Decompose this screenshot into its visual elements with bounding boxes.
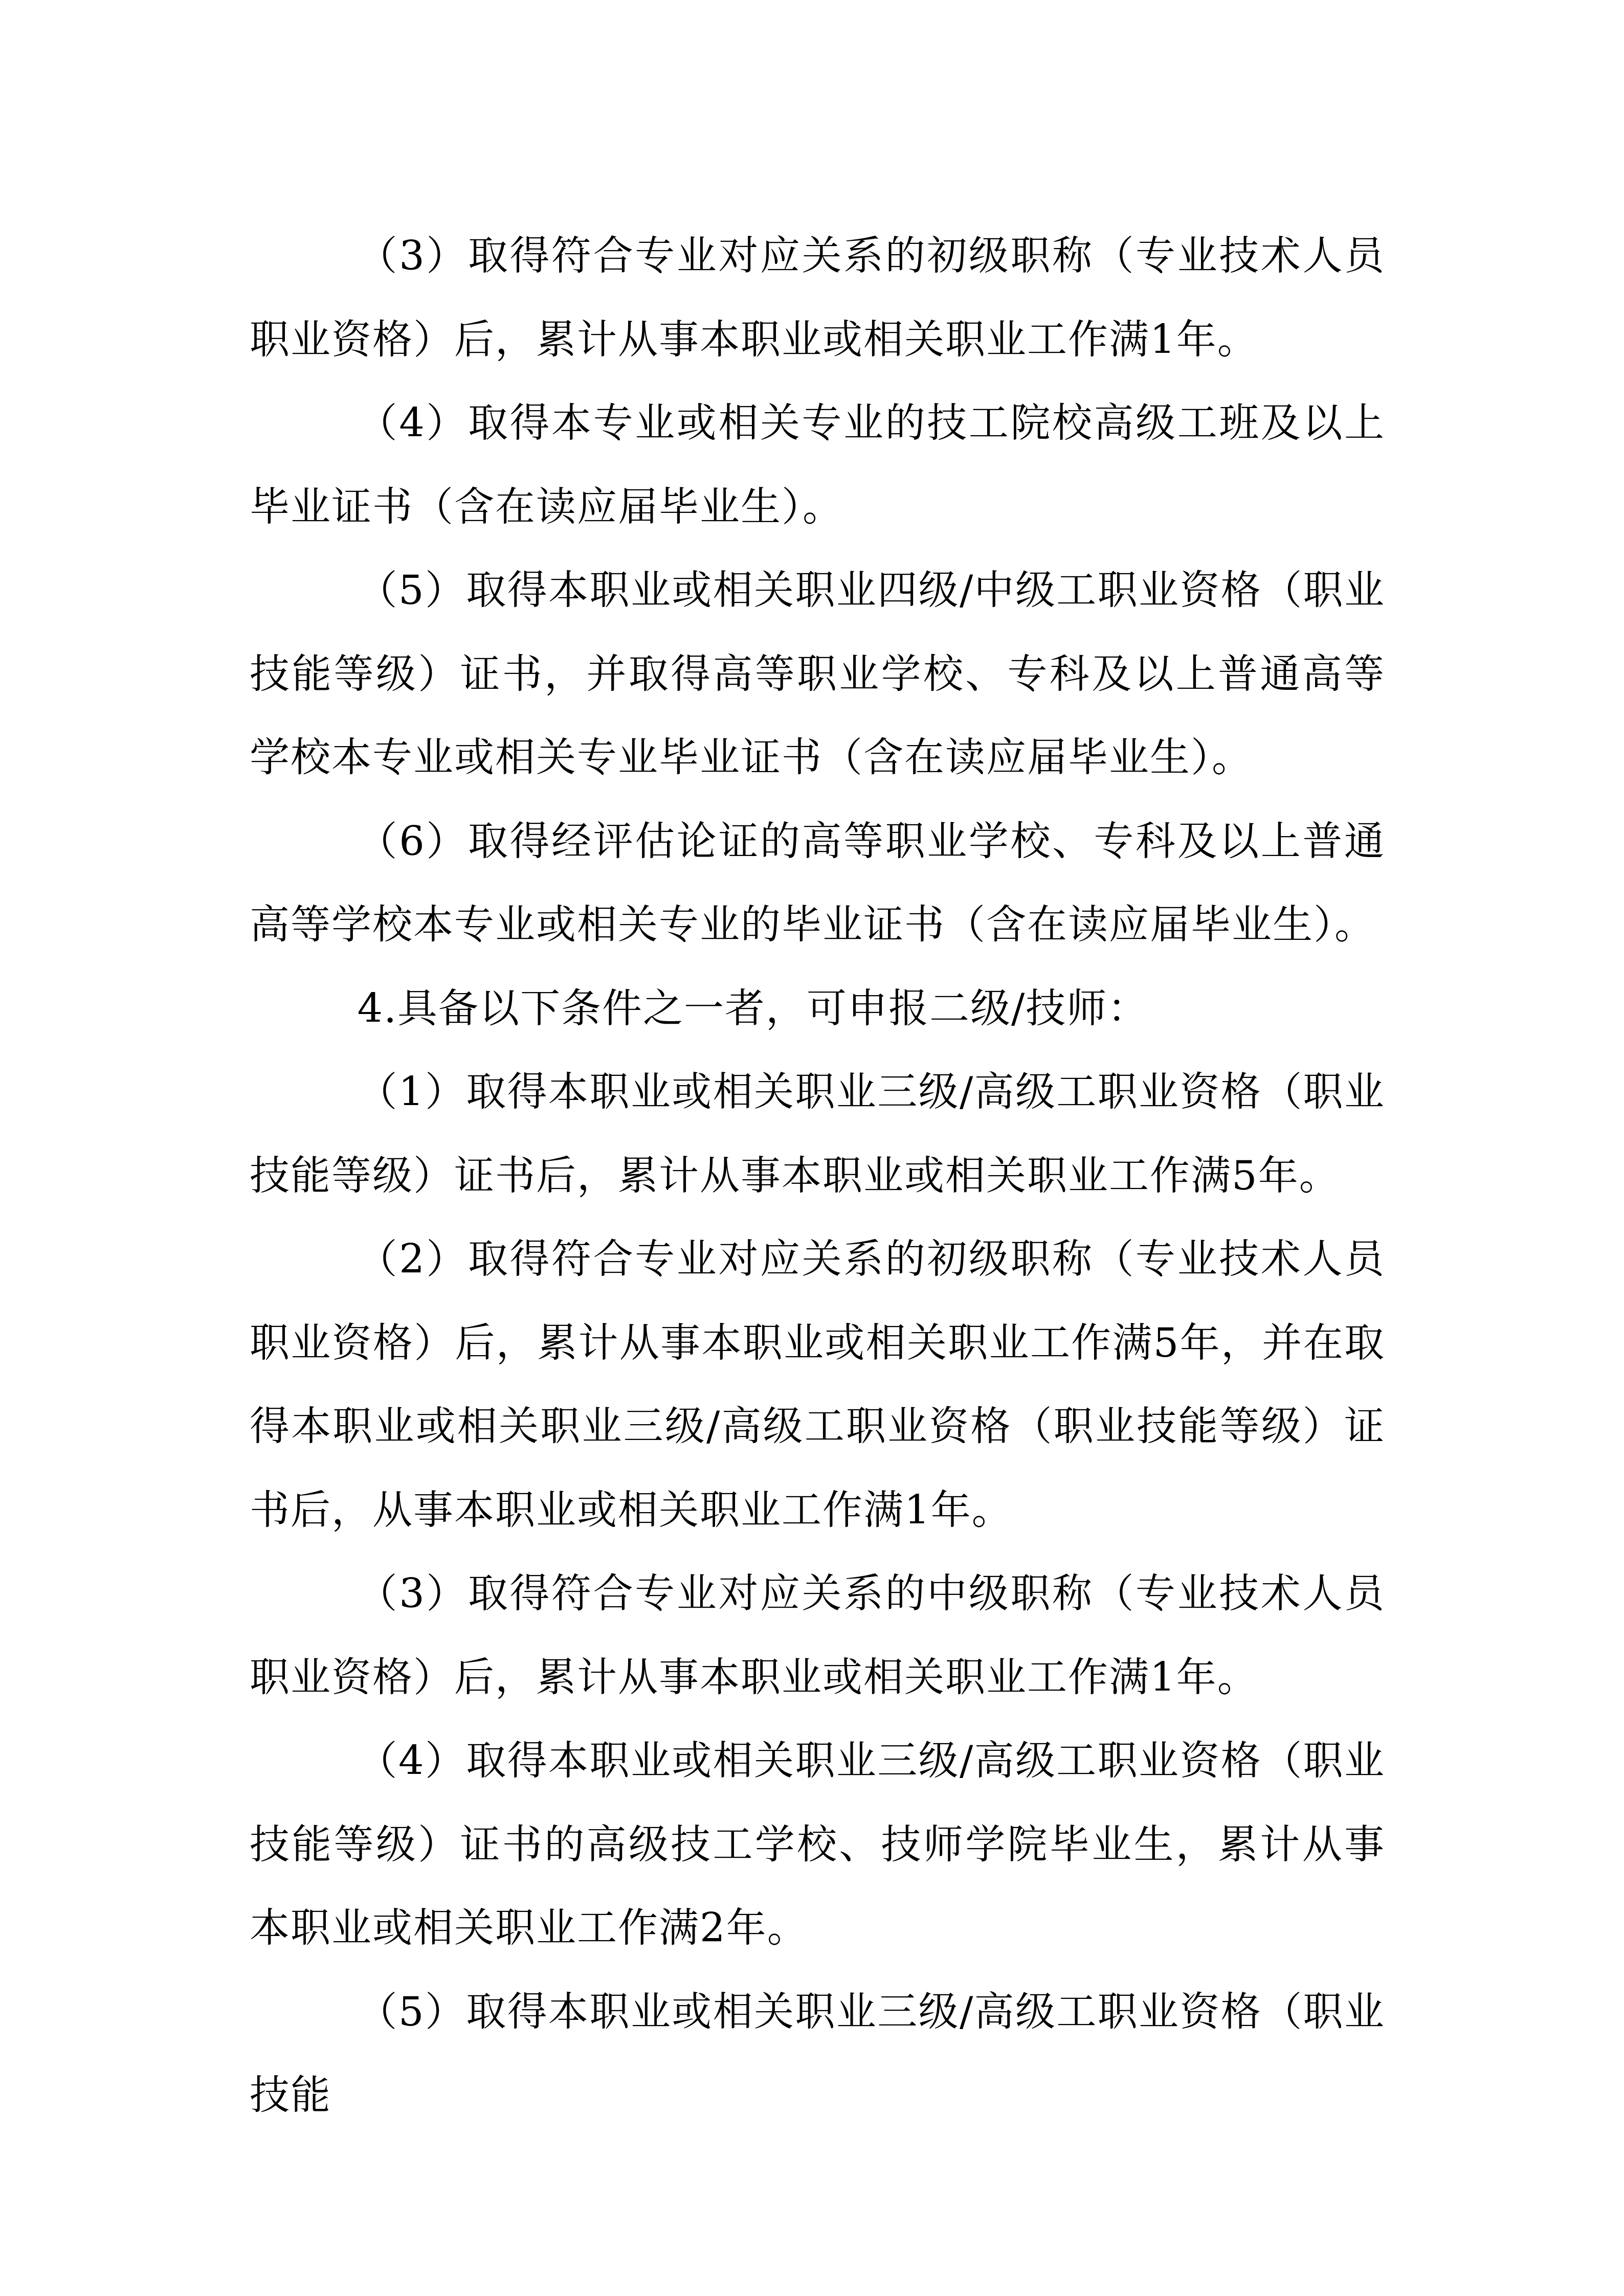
paragraph-technician-item-1: （1）取得本职业或相关职业三级/高级工职业资格（职业技能等级）证书后，累计从事本… [250, 1051, 1385, 1218]
paragraph-technician-item-2: （2）取得符合专业对应关系的初级职称（专业技术人员职业资格）后，累计从事本职业或… [250, 1218, 1385, 1552]
paragraph-technician-item-5: （5）取得本职业或相关职业三级/高级工职业资格（职业技能 [250, 1971, 1385, 2138]
paragraph-item-6-higher-vocational: （6）取得经评估论证的高等职业学校、专科及以上普通高等学校本专业或相关专业的毕业… [250, 800, 1385, 967]
document-page: （3）取得符合专业对应关系的初级职称（专业技术人员职业资格）后，累计从事本职业或… [250, 215, 1385, 2138]
paragraph-item-5-level4-certificate: （5）取得本职业或相关职业四级/中级工职业资格（职业技能等级）证书，并取得高等职… [250, 549, 1385, 800]
paragraph-technician-item-4: （4）取得本职业或相关职业三级/高级工职业资格（职业技能等级）证书的高级技工学校… [250, 1720, 1385, 1971]
paragraph-technician-item-3: （3）取得符合专业对应关系的中级职称（专业技术人员职业资格）后，累计从事本职业或… [250, 1552, 1385, 1720]
paragraph-item-3-junior-title: （3）取得符合专业对应关系的初级职称（专业技术人员职业资格）后，累计从事本职业或… [250, 215, 1385, 382]
paragraph-item-4-technical-school: （4）取得本专业或相关专业的技工院校高级工班及以上毕业证书（含在读应届毕业生）。 [250, 382, 1385, 549]
section-heading-level2-technician: 4.具备以下条件之一者，可申报二级/技师： [250, 967, 1385, 1051]
